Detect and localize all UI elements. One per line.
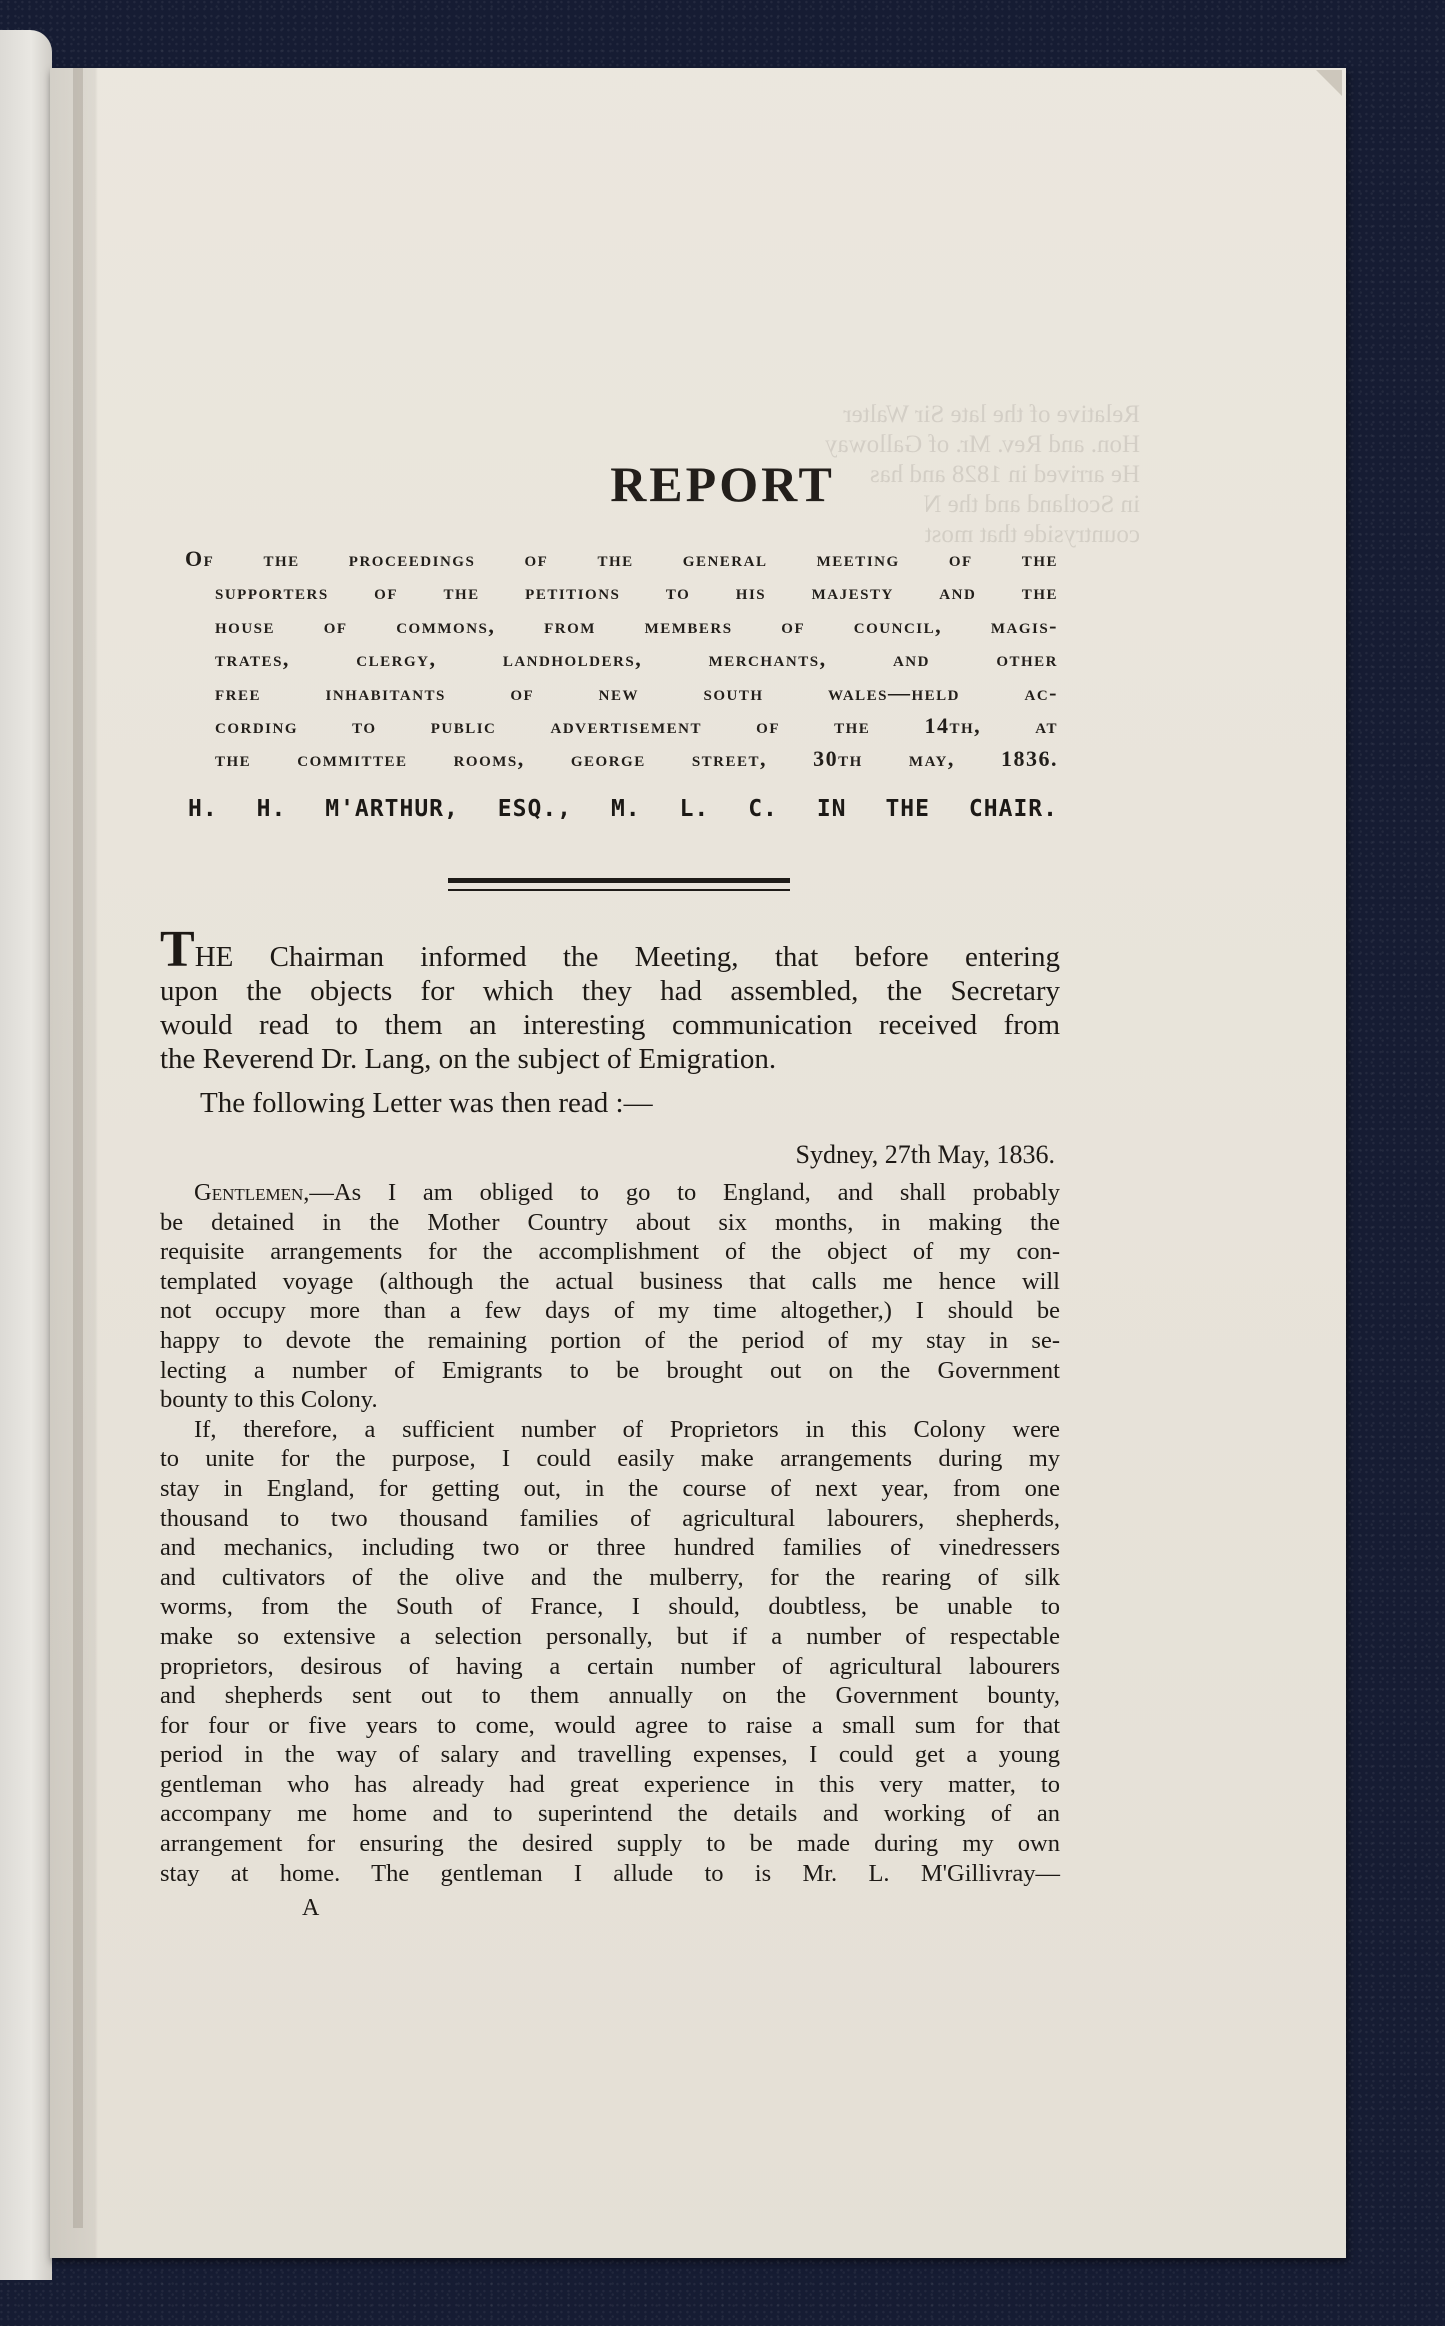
subtitle-line: supporters of the petitions to his majes…	[185, 575, 1058, 608]
letter-line: and shepherds sent out to them annually …	[160, 1681, 1060, 1711]
letter-body: Gentlemen,—As I am obliged to go to Engl…	[160, 1178, 1060, 1888]
letter-line: requisite arrangements for the accomplis…	[160, 1237, 1060, 1267]
letter-line: to unite for the purpose, I could easily…	[160, 1444, 1060, 1474]
bleed-line: Relative of the late Sir Walter	[720, 400, 1140, 430]
letter-line: templated voyage (although the actual bu…	[160, 1267, 1060, 1297]
report-subtitle: Of the proceedings of the general meetin…	[185, 542, 1058, 776]
letter-line: gentleman who has already had great expe…	[160, 1770, 1060, 1800]
section-divider-thick	[448, 878, 790, 883]
signature-mark: A	[302, 1895, 319, 1922]
intro-first-line: THE Chairman informed the Meeting, that …	[160, 935, 1060, 974]
subtitle-line: the committee rooms, george street, 30th…	[185, 742, 1058, 775]
letter-line: for four or five years to come, would ag…	[160, 1711, 1060, 1741]
letter-line: and mechanics, including two or three hu…	[160, 1533, 1060, 1563]
salutation: Gentlemen,	[194, 1179, 309, 1206]
letter-dateline: Sydney, 27th May, 1836.	[795, 1140, 1055, 1170]
letter-line: be detained in the Mother Country about …	[160, 1208, 1060, 1238]
letter-line-text: —As I am obliged to go to England, and s…	[309, 1179, 1060, 1206]
letter-line: not occupy more than a few days of my ti…	[160, 1296, 1060, 1326]
letter-intro-line: The following Letter was then read :—	[200, 1087, 653, 1120]
letter-line: make so extensive a selection personally…	[160, 1622, 1060, 1652]
letter-line: bounty to this Colony.	[160, 1385, 1060, 1415]
letter-line: stay in England, for getting out, in the…	[160, 1474, 1060, 1504]
folded-corner	[1316, 70, 1342, 96]
letter-line: and cultivators of the olive and the mul…	[160, 1563, 1060, 1593]
subtitle-line: house of commons, from members of counci…	[185, 609, 1058, 642]
previous-page-edge	[0, 30, 52, 2280]
drop-cap: T	[160, 921, 195, 978]
subtitle-line: Of the proceedings of the general meetin…	[185, 542, 1058, 575]
intro-paragraph: THE Chairman informed the Meeting, that …	[160, 935, 1060, 1076]
letter-line: thousand to two thousand families of agr…	[160, 1504, 1060, 1534]
letter-line: Gentlemen,—As I am obliged to go to Engl…	[160, 1178, 1060, 1208]
subtitle-line: trates, clergy, landholders, merchants, …	[185, 642, 1058, 675]
letter-line: accompany me home and to superintend the…	[160, 1799, 1060, 1829]
letter-line: stay at home. The gentleman I allude to …	[160, 1859, 1060, 1889]
letter-line: happy to devote the remaining portion of…	[160, 1326, 1060, 1356]
document-page	[50, 68, 1346, 2258]
subtitle-line: free inhabitants of new south wales—held…	[185, 676, 1058, 709]
intro-line: the Reverend Dr. Lang, on the subject of…	[160, 1042, 1060, 1076]
letter-line: If, therefore, a sufficient number of Pr…	[160, 1415, 1060, 1445]
subtitle-line: cording to public advertisement of the 1…	[185, 709, 1058, 742]
intro-line: upon the objects for which they had asse…	[160, 974, 1060, 1008]
letter-line: arrangement for ensuring the desired sup…	[160, 1829, 1060, 1859]
section-divider-thin	[448, 889, 790, 891]
letter-line: worms, from the South of France, I shoul…	[160, 1592, 1060, 1622]
letter-line: proprietors, desirous of having a certai…	[160, 1652, 1060, 1682]
binding-gutter-shadow	[73, 68, 83, 2228]
chair-line: H. H. M'ARTHUR, ESQ., M. L. C. IN THE CH…	[188, 796, 1058, 822]
page-title: REPORT	[0, 455, 1445, 513]
intro-line: would read to them an interesting commun…	[160, 1008, 1060, 1042]
letter-line: lecting a number of Emigrants to be brou…	[160, 1356, 1060, 1386]
letter-line: period in the way of salary and travelli…	[160, 1740, 1060, 1770]
intro-line-text: HE Chairman informed the Meeting, that b…	[195, 941, 1060, 973]
